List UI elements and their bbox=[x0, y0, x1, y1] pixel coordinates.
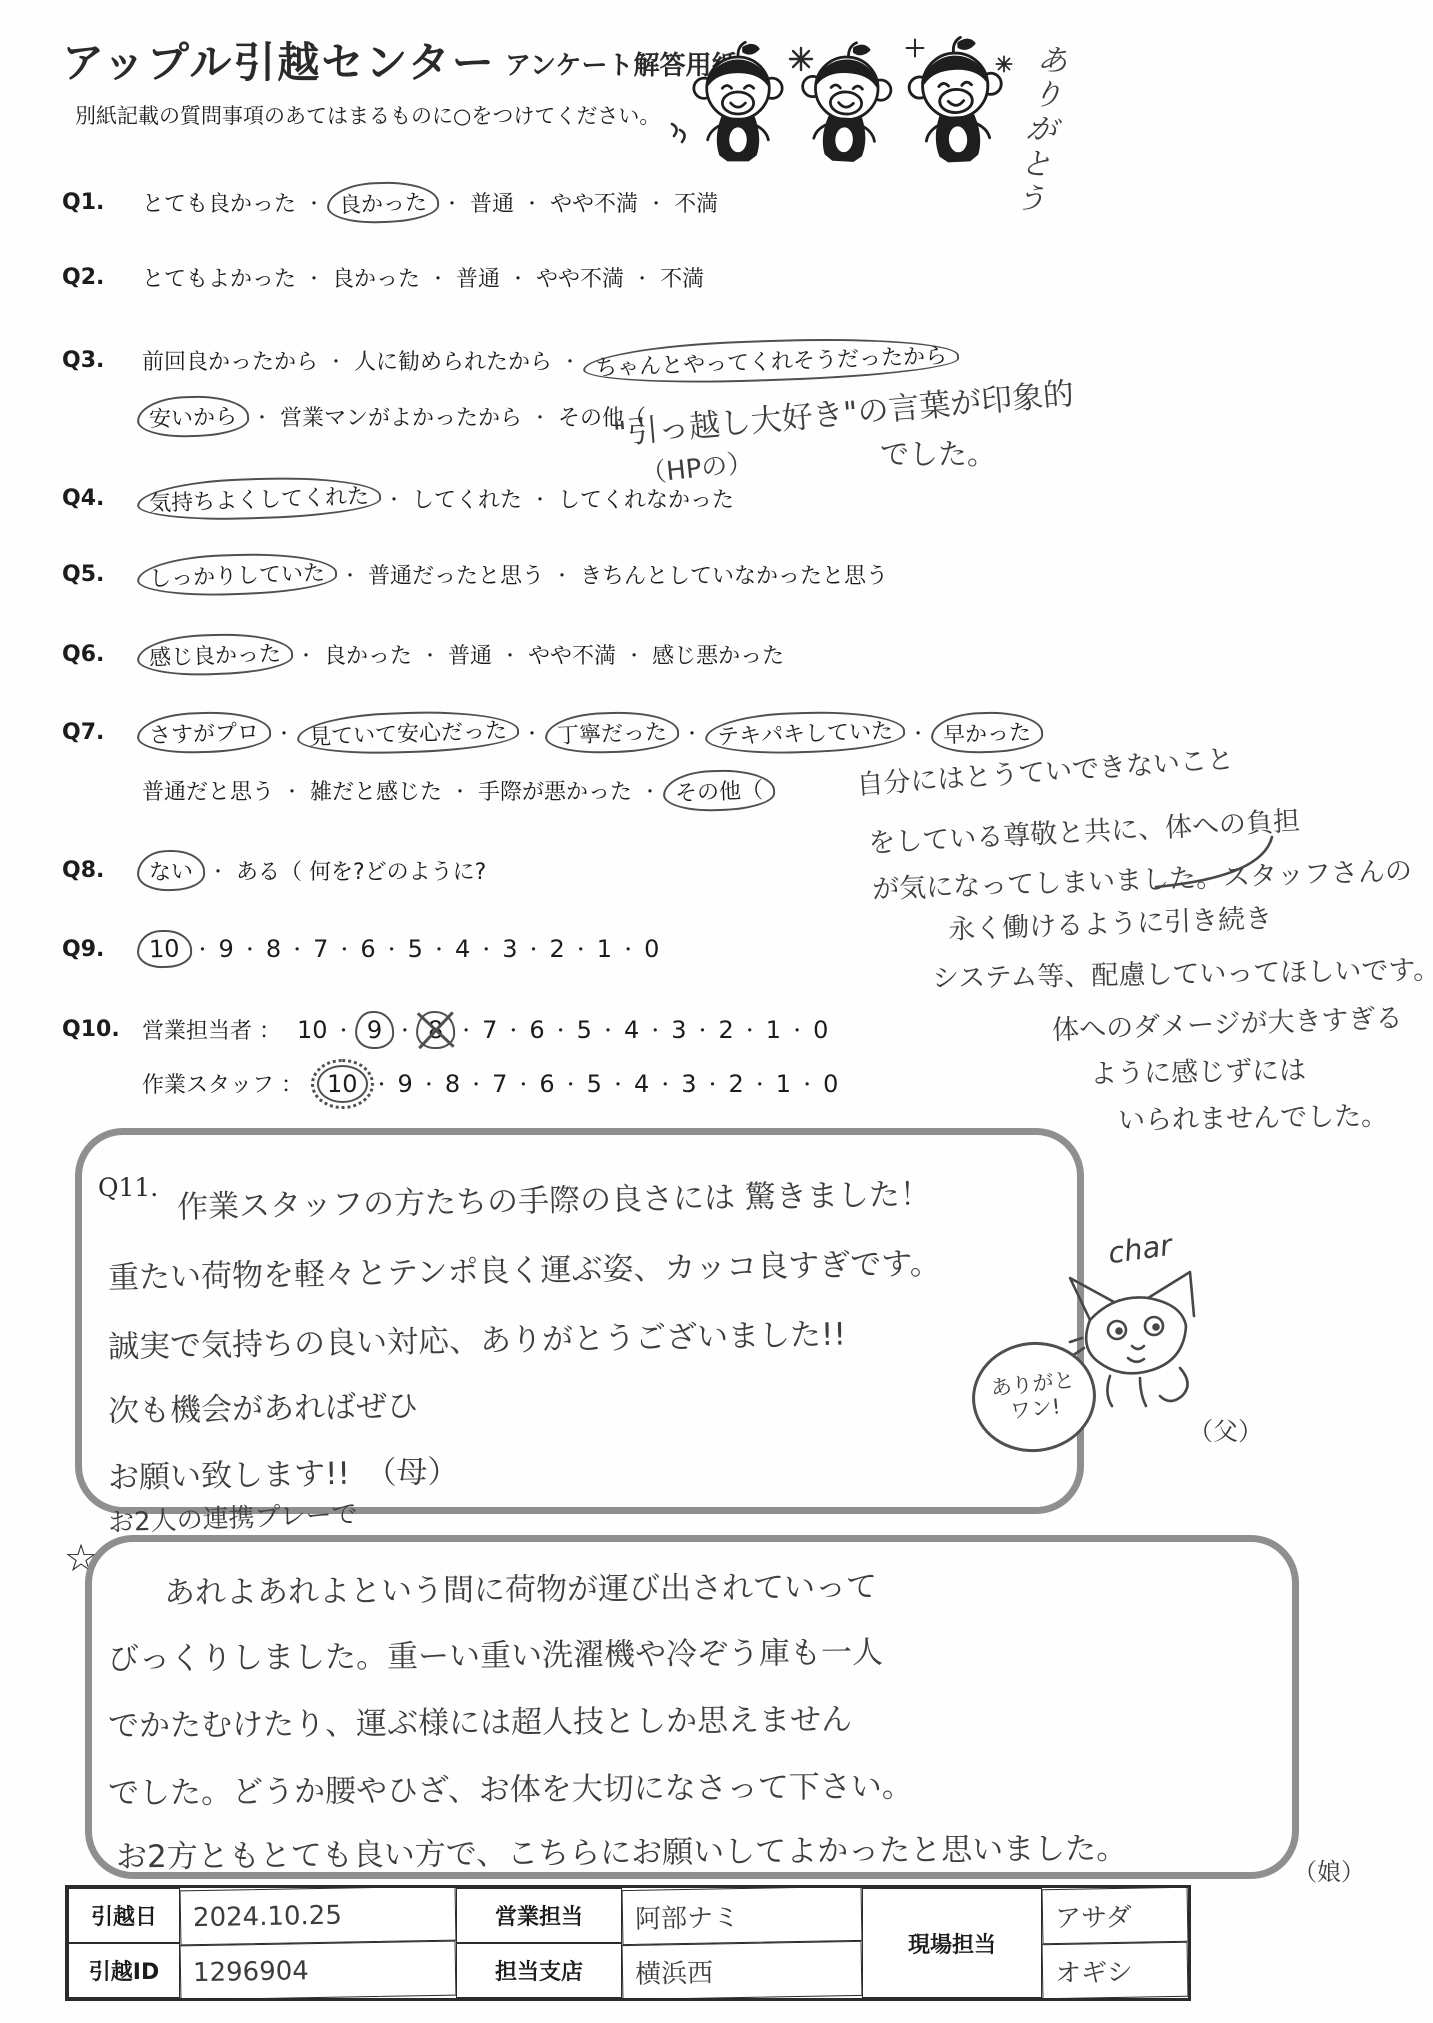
site-rep-value-2: オギシ bbox=[1042, 1942, 1189, 2000]
option-separator: ・ bbox=[283, 778, 301, 804]
option-selected: さすがプロ bbox=[136, 710, 271, 756]
option: 手際が悪かった bbox=[478, 775, 632, 806]
option-separator: ・ bbox=[704, 1071, 722, 1097]
option-separator: ・ bbox=[396, 1017, 414, 1043]
move-id-value: 1296904 bbox=[180, 1941, 457, 2001]
hw-father-label: （父） bbox=[1188, 1412, 1263, 1448]
instruction-text: 別紙記載の質問事項のあてはまるものに○をつけてください。 bbox=[75, 100, 660, 130]
option-separator: ・ bbox=[477, 936, 495, 962]
star-comment-line: でした。どうか腰やひざ、お体を大切になさって下さい。 bbox=[108, 1760, 913, 1812]
option-separator: ・ bbox=[275, 720, 293, 746]
brace-arrow-doodle bbox=[1150, 833, 1280, 893]
options-q3-line1: 前回良かったから・人に勧められたから・ちゃんとやってくれそうだったから bbox=[142, 344, 954, 377]
hw-char-label: char bbox=[1106, 1228, 1174, 1271]
move-date-label: 引越日 bbox=[68, 1888, 180, 1943]
option: やや不満 bbox=[528, 639, 616, 670]
question-number: Q6. bbox=[62, 642, 142, 667]
option-separator: ・ bbox=[646, 1017, 664, 1043]
option-separator: ・ bbox=[562, 1071, 580, 1097]
option-separator: ・ bbox=[327, 348, 345, 374]
option: してくれた bbox=[412, 483, 522, 514]
question-q8: Q8. ない・ある（ 何を?どのように? bbox=[62, 854, 486, 887]
options-q10-staff: 10・9・8・7・6・5・4・3・2・1・0 bbox=[319, 1069, 838, 1099]
option-separator: ・ bbox=[647, 190, 665, 216]
option-separator: ・ bbox=[335, 1017, 353, 1043]
option: 10 bbox=[297, 1016, 328, 1044]
question-q3-line2: 安いから・営業マンがよかったから・その他（ bbox=[62, 400, 646, 433]
q10-sales-label: 営業担当者 ： bbox=[142, 1014, 281, 1045]
option: 6 bbox=[539, 1070, 554, 1098]
option: 良かった bbox=[324, 639, 412, 670]
options-q10-sales: 10・9・8・7・6・5・4・3・2・1・0 bbox=[297, 1015, 828, 1045]
option: 4 bbox=[455, 935, 470, 963]
option-selected: 早かった bbox=[930, 710, 1043, 755]
option: 普通 bbox=[456, 262, 500, 293]
branch-value: 横浜西 bbox=[622, 1941, 863, 2000]
option-separator: ・ bbox=[335, 936, 353, 962]
star-comment-line: あれよあれよという間に荷物が運び出されていって bbox=[164, 1561, 877, 1612]
option: きちんとしていなかったと思う bbox=[580, 559, 888, 590]
option: 普通 bbox=[470, 187, 514, 218]
option-separator: ・ bbox=[457, 1017, 475, 1043]
options-q3-line2: 安いから・営業マンがよかったから・その他（ bbox=[142, 400, 646, 433]
option: 1 bbox=[597, 935, 612, 963]
hw-q8-note2: システム等、配慮していってほしいです。 bbox=[932, 948, 1433, 996]
option: 1 bbox=[766, 1016, 781, 1044]
hw-q8-note1: 永く働けるように引き続き bbox=[947, 896, 1272, 946]
option: 良かった bbox=[332, 262, 420, 293]
options-q5: しっかりしていた・普通だったと思う・きちんとしていなかったと思う bbox=[142, 558, 888, 591]
option-separator: ・ bbox=[383, 936, 401, 962]
option: 普通だったと思う bbox=[368, 559, 544, 590]
option-selected: 見ていて安心だった bbox=[296, 708, 519, 757]
option-separator: ・ bbox=[443, 190, 461, 216]
option: 4 bbox=[634, 1070, 649, 1098]
option: 営業マンがよかったから bbox=[280, 401, 522, 432]
question-q1: Q1. とても良かった・良かった・普通・やや不満・不満 bbox=[62, 186, 718, 219]
question-q6: Q6. 感じ良かった・良かった・普通・やや不満・感じ悪かった bbox=[62, 638, 784, 671]
option-separator: ・ bbox=[288, 936, 306, 962]
option-separator: ・ bbox=[553, 562, 571, 588]
option: 2 bbox=[719, 1016, 734, 1044]
option: 0 bbox=[823, 1070, 838, 1098]
option-separator: ・ bbox=[451, 778, 469, 804]
option: やや不満 bbox=[536, 262, 624, 293]
question-number: Q10. bbox=[62, 1017, 142, 1042]
bubble-text: ワン! bbox=[1009, 1394, 1062, 1424]
option-separator: ・ bbox=[253, 404, 271, 430]
option-separator: ・ bbox=[523, 720, 541, 746]
q11-comment-line: 誠実で気持ちの良い対応、ありがとうございました!! bbox=[108, 1309, 847, 1367]
option-separator: ・ bbox=[609, 1071, 627, 1097]
star-comment-line: びっくりしました。重ーい重い洗濯機や冷ぞう庫も一人 bbox=[108, 1627, 883, 1679]
option: とても良かった bbox=[142, 187, 296, 218]
options-q8: ない・ある（ 何を?どのように? bbox=[142, 854, 486, 887]
hw-daughter-label: （娘） bbox=[1293, 1852, 1365, 1887]
question-q7-line2: 普通だと思う・雑だと感じた・手際が悪かった・その他（ bbox=[62, 774, 770, 807]
question-number-q11: Q11. bbox=[98, 1173, 158, 1202]
option-selected: テキパキしていた bbox=[704, 709, 905, 757]
option-separator: ・ bbox=[305, 190, 323, 216]
hw-q3-other-note2: でした。 bbox=[880, 432, 996, 473]
option: 5 bbox=[408, 935, 423, 963]
option-separator: ・ bbox=[909, 720, 927, 746]
option-separator: ・ bbox=[751, 1071, 769, 1097]
move-date-value: 2024.10.25 bbox=[180, 1886, 457, 1946]
options-q9: 10・9・8・7・6・5・4・3・2・1・0 bbox=[142, 934, 659, 964]
question-q4: Q4. 気持ちよくしてくれた・してくれた・してくれなかった bbox=[62, 482, 734, 515]
question-number: Q1. bbox=[62, 190, 142, 215]
monkey-mascot-icon bbox=[692, 38, 784, 168]
option-separator: ・ bbox=[297, 642, 315, 668]
option: 5 bbox=[577, 1016, 592, 1044]
option: やや不満 bbox=[550, 187, 638, 218]
option: 9 bbox=[398, 1070, 413, 1098]
sparkle-icon bbox=[905, 38, 925, 58]
option-selected: その他（ bbox=[662, 768, 775, 813]
option-separator: ・ bbox=[420, 1071, 438, 1097]
option: 普通だと思う bbox=[142, 775, 274, 806]
options-q6: 感じ良かった・良かった・普通・やや不満・感じ悪かった bbox=[142, 638, 784, 671]
option-separator: ・ bbox=[341, 562, 359, 588]
question-number: Q8. bbox=[62, 858, 142, 883]
sparkle-icon bbox=[788, 46, 814, 72]
option: 8 bbox=[445, 1070, 460, 1098]
star-comment-line: でかたむけたり、運ぶ様には超人技としか思えません bbox=[108, 1694, 852, 1745]
options-q7-line2: 普通だと思う・雑だと感じた・手際が悪かった・その他（ bbox=[142, 774, 770, 807]
sales-rep-label: 営業担当 bbox=[456, 1888, 622, 1943]
option: 0 bbox=[644, 935, 659, 963]
site-rep-label: 現場担当 bbox=[862, 1888, 1042, 1998]
option: 6 bbox=[529, 1016, 544, 1044]
footer-info-table: 引越日 2024.10.25 営業担当 阿部ナミ 現場担当 アサダ 引越ID 1… bbox=[65, 1885, 1191, 2001]
option-separator: ・ bbox=[373, 1071, 391, 1097]
q11-comment-line: 作業スタッフの方たちの手際の良さには 驚きました！ bbox=[177, 1168, 932, 1226]
option-separator: ・ bbox=[561, 348, 579, 374]
thanks-script: ありがとう bbox=[1003, 40, 1075, 220]
option-separator: ・ bbox=[798, 1071, 816, 1097]
options-q1: とても良かった・良かった・普通・やや不満・不満 bbox=[142, 186, 718, 219]
option: 不満 bbox=[660, 262, 704, 293]
question-q3: Q3. 前回良かったから・人に勧められたから・ちゃんとやってくれそうだったから bbox=[62, 344, 954, 377]
option: 2 bbox=[550, 935, 565, 963]
option-separator: ・ bbox=[552, 1017, 570, 1043]
option-separator: ・ bbox=[509, 265, 527, 291]
option: 2 bbox=[729, 1070, 744, 1098]
question-q9: Q9. 10・9・8・7・6・5・4・3・2・1・0 bbox=[62, 934, 659, 964]
option-separator: ・ bbox=[467, 1071, 485, 1097]
question-q10-staff: 作業スタッフ ： 10・9・8・7・6・5・4・3・2・1・0 bbox=[62, 1068, 838, 1099]
option-selected: 気持ちよくしてくれた bbox=[136, 474, 381, 523]
option-selected: 良かった bbox=[326, 180, 439, 225]
option-separator: ・ bbox=[683, 720, 701, 746]
hw-q8-note4: ように感じずには bbox=[1090, 1048, 1307, 1091]
question-q7: Q7. さすがプロ・見ていて安心だった・丁寧だった・テキパキしていた・早かった bbox=[62, 716, 1038, 749]
option-separator: ・ bbox=[572, 936, 590, 962]
option: 3 bbox=[502, 935, 517, 963]
option-separator: ・ bbox=[599, 1017, 617, 1043]
motion-lines-icon bbox=[668, 118, 698, 152]
hw-q8-note3: 体へのダメージが大きすぎる bbox=[1051, 996, 1403, 1047]
option: 0 bbox=[813, 1016, 828, 1044]
option: 8 bbox=[266, 935, 281, 963]
option-selected: ちゃんとやってくれそうだったから bbox=[582, 333, 959, 387]
option: 雑だと感じた bbox=[310, 775, 442, 806]
question-number: Q9. bbox=[62, 937, 142, 962]
option-selected: 安いから bbox=[136, 394, 249, 439]
options-q7-line1: さすがプロ・見ていて安心だった・丁寧だった・テキパキしていた・早かった bbox=[142, 716, 1038, 749]
option: 5 bbox=[587, 1070, 602, 1098]
question-number: Q5. bbox=[62, 562, 142, 587]
branch-label: 担当支店 bbox=[456, 1943, 622, 1998]
q10-staff-label: 作業スタッフ ： bbox=[142, 1068, 303, 1099]
mascot-monkeys bbox=[692, 34, 1004, 168]
option-separator: ・ bbox=[421, 642, 439, 668]
option: ある（ 何を?どのように? bbox=[236, 855, 486, 886]
option-selected: ない bbox=[136, 849, 205, 892]
option-separator: ・ bbox=[429, 265, 447, 291]
sparkle-icon bbox=[995, 55, 1013, 73]
option-separator: ・ bbox=[531, 486, 549, 512]
option-separator: ・ bbox=[241, 936, 259, 962]
question-q5: Q5. しっかりしていた・普通だったと思う・きちんとしていなかったと思う bbox=[62, 558, 888, 591]
option-separator: ・ bbox=[385, 486, 403, 512]
question-number: Q2. bbox=[62, 265, 142, 290]
option-separator: ・ bbox=[194, 936, 212, 962]
hw-q7-note3: が気になってしまいました。スタッフさんの bbox=[871, 849, 1412, 907]
option: 不満 bbox=[674, 187, 718, 218]
question-q10-sales: Q10. 営業担当者 ： 10・9・8・7・6・5・4・3・2・1・0 bbox=[62, 1014, 828, 1045]
star-comment-box: あれよあれよという間に荷物が運び出されていって びっくりしました。重ーい重い洗濯… bbox=[85, 1535, 1299, 1879]
move-id-label: 引越ID bbox=[68, 1943, 180, 1998]
q11-comment-line: お願い致します!! （母） bbox=[108, 1446, 459, 1497]
option: 9 bbox=[219, 935, 234, 963]
hw-q8-note5: いられませんでした。 bbox=[1118, 1094, 1389, 1138]
option-selected: 丁寧だった bbox=[544, 710, 679, 756]
option: 普通 bbox=[448, 639, 492, 670]
option-selected: 10 bbox=[136, 929, 192, 969]
option-separator: ・ bbox=[741, 1017, 759, 1043]
option-separator: ・ bbox=[531, 404, 549, 430]
site-rep-value-1: アサダ bbox=[1042, 1887, 1189, 1945]
option-separator: ・ bbox=[523, 190, 541, 216]
star-comment-line: お2方ともとても良い方で、こちらにお願いしてよかったと思いました。 bbox=[116, 1823, 1127, 1877]
option-separator: ・ bbox=[656, 1071, 674, 1097]
option-selected: 8 bbox=[415, 1010, 456, 1049]
option: 6 bbox=[360, 935, 375, 963]
option: 7 bbox=[492, 1070, 507, 1098]
option-separator: ・ bbox=[633, 265, 651, 291]
option: 感じ悪かった bbox=[652, 639, 784, 670]
option-separator: ・ bbox=[305, 265, 323, 291]
option-selected: しっかりしていた bbox=[136, 551, 337, 599]
option-selected: 9 bbox=[354, 1010, 395, 1049]
option: 人に勧められたから bbox=[354, 345, 552, 376]
survey-sheet: アップル引越センター アンケート解答用紙 別紙記載の質問事項のあてはまるものに○… bbox=[0, 0, 1433, 2023]
option-separator: ・ bbox=[209, 858, 227, 884]
q11-comment-line: 次も機会があればぜひ bbox=[108, 1380, 419, 1430]
option: 1 bbox=[776, 1070, 791, 1098]
question-q2: Q2. とてもよかった・良かった・普通・やや不満・不満 bbox=[62, 262, 704, 293]
question-number: Q4. bbox=[62, 486, 142, 511]
options-q2: とてもよかった・良かった・普通・やや不満・不満 bbox=[142, 262, 704, 293]
option: 7 bbox=[482, 1016, 497, 1044]
hw-star-overline: お2人の連携プレーで bbox=[107, 1494, 358, 1540]
option-separator: ・ bbox=[504, 1017, 522, 1043]
q11-comment-line: 重たい荷物を軽々とテンポ良く運ぶ姿、カッコ良すぎです。 bbox=[108, 1238, 941, 1298]
sales-rep-value: 阿部ナミ bbox=[622, 1886, 863, 1945]
option-separator: ・ bbox=[430, 936, 448, 962]
option: とてもよかった bbox=[142, 262, 296, 293]
option: 7 bbox=[313, 935, 328, 963]
option-separator: ・ bbox=[514, 1071, 532, 1097]
option-separator: ・ bbox=[788, 1017, 806, 1043]
option-separator: ・ bbox=[625, 642, 643, 668]
option-separator: ・ bbox=[525, 936, 543, 962]
q11-comment-box: Q11. 作業スタッフの方たちの手際の良さには 驚きました！ 重たい荷物を軽々と… bbox=[75, 1128, 1084, 1514]
option-selected: 10 bbox=[317, 1065, 368, 1103]
option-separator: ・ bbox=[694, 1017, 712, 1043]
option: 3 bbox=[671, 1016, 686, 1044]
question-number: Q3. bbox=[62, 348, 142, 373]
option-separator: ・ bbox=[619, 936, 637, 962]
option: 4 bbox=[624, 1016, 639, 1044]
option-separator: ・ bbox=[501, 642, 519, 668]
option-separator: ・ bbox=[641, 778, 659, 804]
question-number: Q7. bbox=[62, 720, 142, 745]
option-selected: 感じ良かった bbox=[136, 631, 293, 677]
option: 3 bbox=[681, 1070, 696, 1098]
brand-title: アップル引越センター bbox=[62, 30, 496, 90]
option: 前回良かったから bbox=[142, 345, 318, 376]
